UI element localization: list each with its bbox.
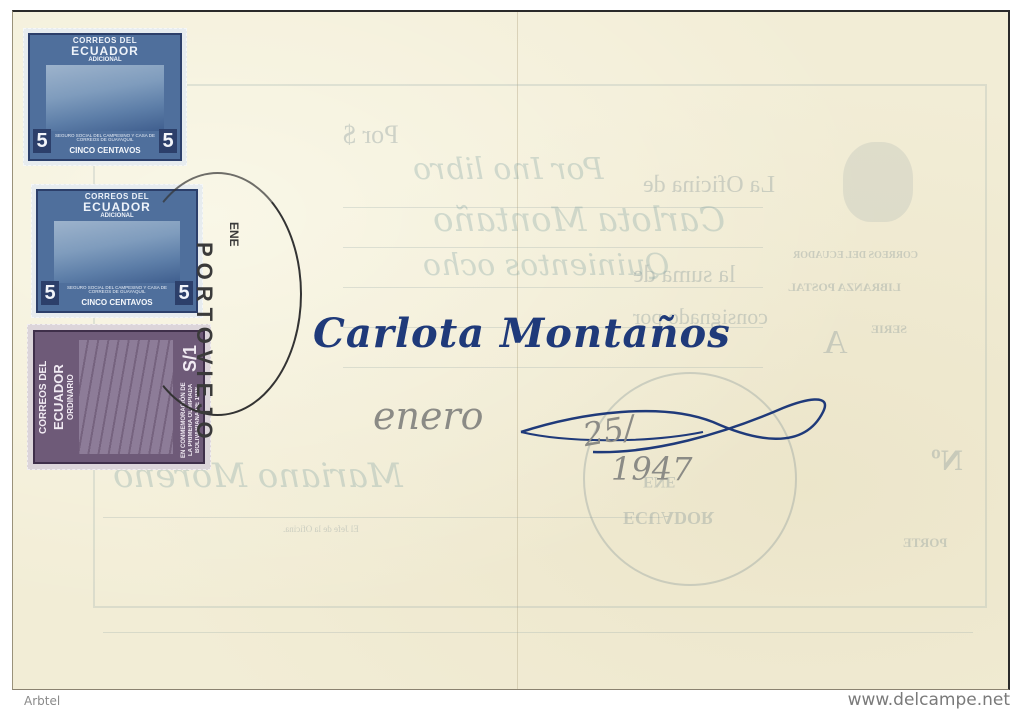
show-through-rule	[343, 367, 763, 368]
site-watermark: www.delcampe.net	[848, 690, 1010, 710]
stamp-country-name: ECUADOR	[30, 45, 180, 57]
stamp-value-text: CINCO CENTAVOS	[54, 146, 156, 155]
show-through-porte: PORTE	[903, 535, 947, 551]
show-through-jefe: El Jefe de la Oficina.	[283, 524, 359, 534]
show-through-handwriting: Por Ino libro	[413, 152, 603, 187]
pencil-date-month: enero	[373, 394, 484, 438]
show-through-handwriting: Quinientos ocho	[423, 248, 670, 283]
postmark-town: PORTOVIEJO	[191, 242, 217, 445]
stamp-header: CORREOS DEL ECUADOR ADICIONAL	[30, 37, 180, 63]
stamp-scene	[46, 65, 164, 131]
show-through-serie-letter: A	[823, 324, 848, 362]
stamp-5-centavos-top: CORREOS DEL ECUADOR ADICIONAL 5 5 SEGURO…	[23, 28, 187, 166]
show-through-coat-of-arms	[843, 142, 913, 222]
show-through-por: Por $	[343, 120, 399, 150]
stamp-category: ADICIONAL	[30, 57, 180, 63]
stamp-value: 5	[41, 281, 59, 305]
signature: Carlota Montaños	[313, 310, 731, 357]
seller-label: Arbtel	[24, 694, 60, 708]
stamp-caption: SEGURO SOCIAL DEL CAMPESINO Y CASA DE CO…	[54, 134, 156, 143]
ghost-postmark-text: ECUADOR	[623, 507, 714, 528]
show-through-serie: SERIE	[871, 322, 907, 337]
show-through-rule	[103, 517, 663, 518]
stamp-value: 5	[33, 129, 51, 153]
pencil-date-year: 1947	[611, 450, 692, 488]
show-through-numero: Nº	[931, 444, 963, 478]
stamp-country-name: ECUADOR	[52, 338, 65, 456]
postmark-month: ENE	[227, 222, 241, 247]
show-through-oficina: La Oficina de	[643, 172, 775, 199]
show-through-libranza: LIBRANZA POSTAL	[788, 280, 901, 295]
show-through-rule	[103, 632, 973, 633]
show-through-correos: CORREOS DEL ECUADOR	[793, 250, 918, 261]
money-order-document: Por $ La Oficina de la suma de consignad…	[12, 10, 1010, 690]
stamp-value: 5	[159, 129, 177, 153]
stamp-frame: CORREOS DEL ECUADOR ADICIONAL 5 5 SEGURO…	[28, 33, 182, 161]
stamp-country: CORREOS DEL	[39, 338, 49, 456]
stamp-category: ORDINARIO	[67, 338, 75, 456]
postmark-black	[133, 172, 302, 416]
show-through-handwriting: Carlota Montaño	[433, 200, 725, 240]
